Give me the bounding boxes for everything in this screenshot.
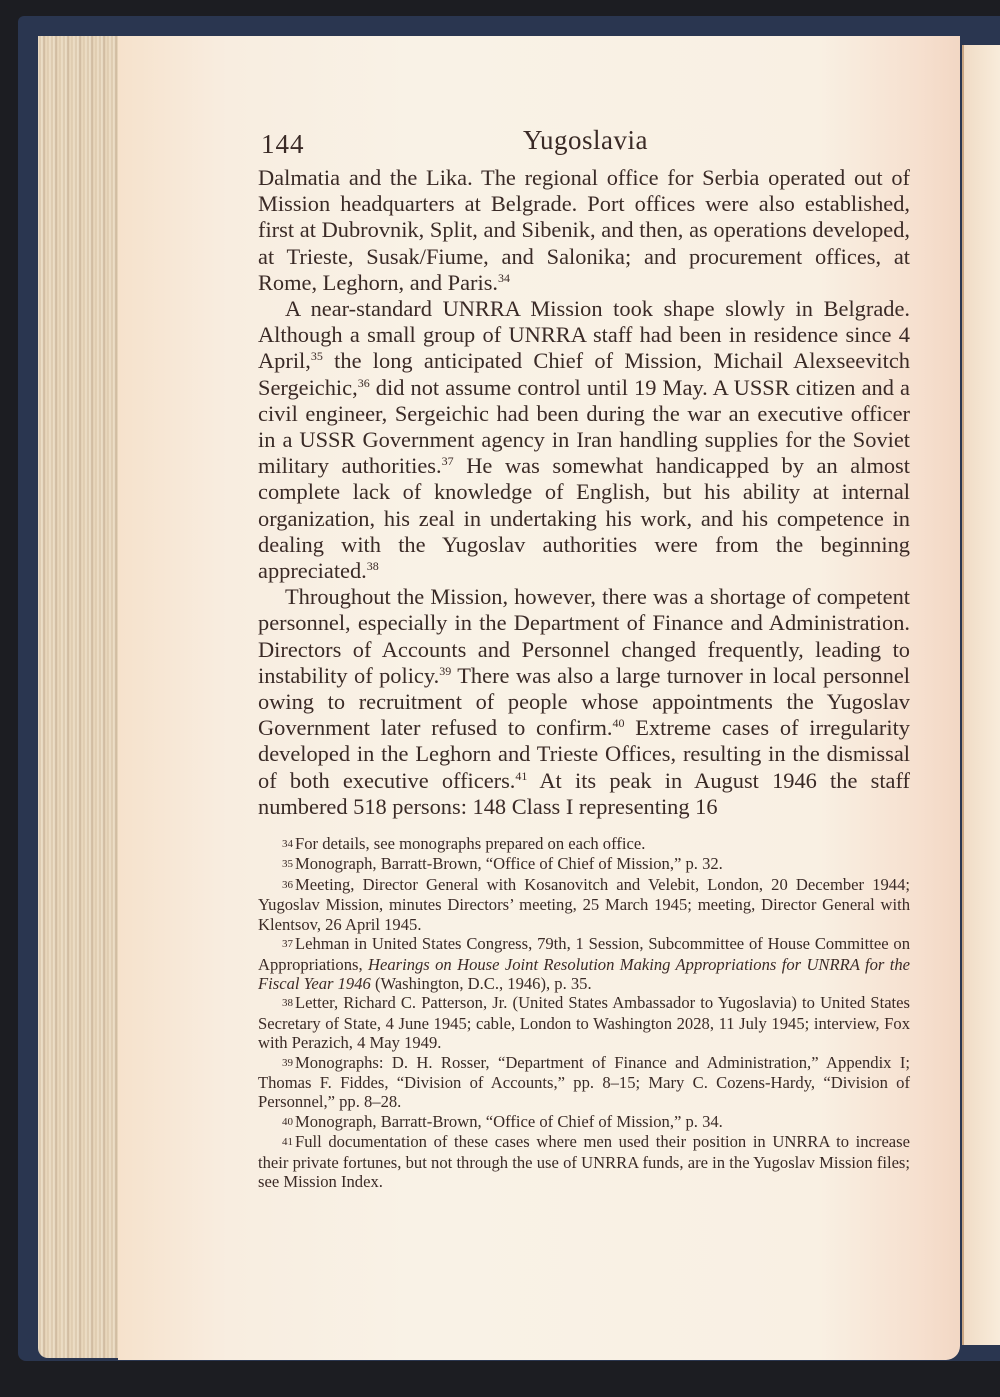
footnote: 37Lehman in United States Congress, 79th… [258, 934, 910, 993]
footnote: 41Full documentation of these cases wher… [258, 1132, 910, 1191]
footnote-ref: 41 [515, 769, 527, 783]
text-run: Monograph, Barratt-Brown, “Office of Chi… [295, 1112, 723, 1131]
footnote-ref: 38 [367, 559, 379, 573]
footnote-number: 39 [282, 1057, 293, 1069]
footnotes: 34For details, see monographs prepared o… [258, 834, 910, 1191]
footnote: 34For details, see monographs prepared o… [258, 834, 910, 854]
footnote-number: 38 [282, 997, 293, 1009]
footnote-ref: 37 [442, 454, 454, 468]
text-run: Monograph, Barratt-Brown, “Office of Chi… [295, 854, 723, 873]
text-run: Monographs: D. H. Rosser, “Department of… [258, 1053, 910, 1112]
running-head: 144 Yugoslavia [258, 125, 910, 165]
text-run: Meeting, Director General with Kosanovit… [258, 875, 910, 934]
paragraph: Throughout the Mission, however, there w… [258, 584, 910, 820]
footnote-number: 36 [282, 879, 293, 891]
paragraph: Dalmatia and the Lika. The regional offi… [258, 165, 910, 296]
body-text: Dalmatia and the Lika. The regional offi… [258, 165, 910, 820]
page-edges [38, 36, 120, 1358]
footnote-ref: 39 [439, 664, 451, 678]
footnote-number: 35 [282, 858, 293, 870]
paragraph: A near-standard UNRRA Mission took shape… [258, 296, 910, 584]
footnote-number: 40 [282, 1116, 293, 1128]
chapter-title: Yugoslavia [523, 125, 648, 156]
footnote-number: 34 [282, 838, 293, 850]
facing-page-edge [962, 45, 1000, 1345]
footnote: 38Letter, Richard C. Patterson, Jr. (Uni… [258, 993, 910, 1052]
text-run: Dalmatia and the Lika. The regional offi… [258, 165, 910, 295]
footnote-number: 41 [282, 1136, 293, 1148]
footnote: 39Monographs: D. H. Rosser, “Department … [258, 1053, 910, 1112]
footnote-ref: 35 [311, 349, 323, 363]
text-run: Full documentation of these cases where … [258, 1132, 910, 1191]
footnote: 35Monograph, Barratt-Brown, “Office of C… [258, 854, 910, 874]
text-run: Letter, Richard C. Patterson, Jr. (Unite… [258, 993, 910, 1052]
page-content: 144 Yugoslavia Dalmatia and the Lika. Th… [258, 125, 910, 1191]
text-run: (Washington, D.C., 1946), p. 35. [371, 974, 592, 993]
footnote-ref: 40 [613, 716, 625, 730]
page-number: 144 [261, 129, 305, 160]
footnote-number: 37 [282, 938, 293, 950]
footnote: 36Meeting, Director General with Kosanov… [258, 875, 910, 934]
footnote-ref: 36 [358, 376, 370, 390]
footnote: 40Monograph, Barratt-Brown, “Office of C… [258, 1112, 910, 1132]
text-run: For details, see monographs prepared on … [295, 834, 645, 853]
footnote-ref: 34 [498, 271, 510, 285]
